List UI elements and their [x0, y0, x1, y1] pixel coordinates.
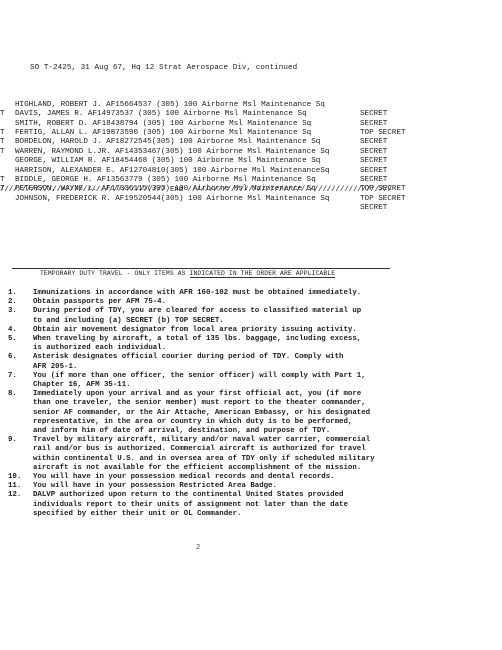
tdy-section-heading: TEMPORARY DUTY TRAVEL - ONLY ITEMS AS IN… [40, 270, 335, 277]
tdy-heading-underlined: INDICATED IN THE ORDER ARE APPLICABLE [190, 270, 336, 278]
instruction-item: 4. Obtain air movement designator from l… [0, 326, 502, 335]
item-text: Immunizations in accordance with AFR 160… [33, 289, 413, 298]
item-number: 2. [8, 298, 32, 307]
instruction-item: 8. Immediately upon your arrival and as … [0, 390, 502, 436]
clearance-level: SECRET [360, 204, 387, 213]
roster-row: T WARREN, RAYMOND L.JR. AF14353467(305) … [0, 129, 502, 138]
item-text: Obtain air movement designator from loca… [33, 326, 413, 335]
instruction-item: 5. When traveling by aircraft, a total o… [0, 335, 502, 353]
item-text: You will have in your possession Restric… [33, 482, 413, 491]
item-number: 12. [8, 491, 32, 500]
roster-row: BIDDLE, GEORGE H. AF13563779 (305) 100 A… [0, 157, 502, 166]
roster-row: T PETERSON, WAYNE L. AF17336115(305) 100… [0, 167, 502, 176]
slash-rule-left: ////////////////////////////////////// [0, 186, 166, 194]
item-number: 3. [8, 307, 32, 316]
slash-rule-right: ////////////////////////////////////////… [187, 186, 392, 194]
instruction-item: 10. You will have in your possession med… [0, 473, 502, 482]
section-divider-rule [12, 268, 390, 269]
roster-entry: JOHNSON, FREDERICK R. AF19520544(305) 10… [15, 195, 329, 204]
item-number: 9. [8, 436, 32, 445]
roster-row: DAVIS, JAMES R. AF14973537 (305) 100 Air… [0, 91, 502, 100]
clearance-level: TOP SECRET [360, 195, 406, 204]
order-header: SO T-2425, 31 Aug 67, Hq 12 Strat Aerosp… [30, 64, 297, 72]
roster-row: HIGHLAND, ROBERT J. AF15664537 (305) 100… [0, 82, 502, 91]
item-text: When traveling by aircraft, a total of 1… [33, 335, 413, 353]
page-number: 2 [196, 544, 200, 552]
end-label: End [170, 186, 183, 194]
item-number: 8. [8, 390, 32, 399]
roster-row: FERTIG, ALLAN L. AF19873590 (305) 100 Ai… [0, 110, 502, 119]
item-text: You will have in your possession medical… [33, 473, 413, 482]
roster-row: T GEORGE, WILLIAM R. AF18454468 (305) 10… [0, 138, 502, 147]
instruction-item: 9. Travel by military aircraft, military… [0, 436, 502, 473]
instruction-item: 11. You will have in your possession Res… [0, 482, 502, 491]
item-number: 7. [8, 372, 32, 381]
document-page: SO T-2425, 31 Aug 67, Hq 12 Strat Aerosp… [0, 0, 502, 650]
item-text: DALVP authorized upon return to the cont… [33, 491, 413, 519]
personnel-roster: HIGHLAND, ROBERT J. AF15664537 (305) 100… [0, 82, 502, 185]
tdy-heading-plain: TEMPORARY DUTY TRAVEL - ONLY ITEMS AS [40, 270, 190, 277]
item-number: 6. [8, 353, 32, 362]
instruction-item: 2. Obtain passports per AFM 75-4. [0, 298, 502, 307]
item-text: You (if more than one officer, the senio… [33, 372, 413, 390]
instruction-item: 12. DALVP authorized upon return to the … [0, 491, 502, 519]
roster-row: T BORDELON, HAROLD J. AF18272545(305) 10… [0, 120, 502, 129]
item-number: 1. [8, 289, 32, 298]
tdy-instructions-list: 1. Immunizations in accordance with AFR … [0, 289, 502, 519]
item-text: Obtain passports per AFM 75-4. [33, 298, 413, 307]
item-number: 11. [8, 482, 32, 491]
item-number: 4. [8, 326, 32, 335]
item-text: Travel by military aircraft, military an… [33, 436, 413, 473]
item-number: 10. [8, 473, 32, 482]
instruction-item: 1. Immunizations in accordance with AFR … [0, 289, 502, 298]
item-text: Asterisk designates official courier dur… [33, 353, 413, 371]
instruction-item: 6. Asterisk designates official courier … [0, 353, 502, 371]
item-text: During period of TDY, you are cleared fo… [33, 307, 413, 325]
roster-row: HARRISON, ALEXANDER E. AF12704810(305) 1… [0, 148, 502, 157]
instruction-item: 3. During period of TDY, you are cleared… [0, 307, 502, 325]
item-text: Immediately upon your arrival and as you… [33, 390, 413, 436]
end-of-list-divider: ////////////////////////////////////// E… [0, 186, 392, 194]
instruction-item: 7. You (if more than one officer, the se… [0, 372, 502, 390]
roster-row: T JOHNSON, FREDERICK R. AF19520544(305) … [0, 176, 502, 185]
roster-row: T SMITH, ROBERT D. AF18438794 (305) 100 … [0, 101, 502, 110]
item-number: 5. [8, 335, 32, 344]
